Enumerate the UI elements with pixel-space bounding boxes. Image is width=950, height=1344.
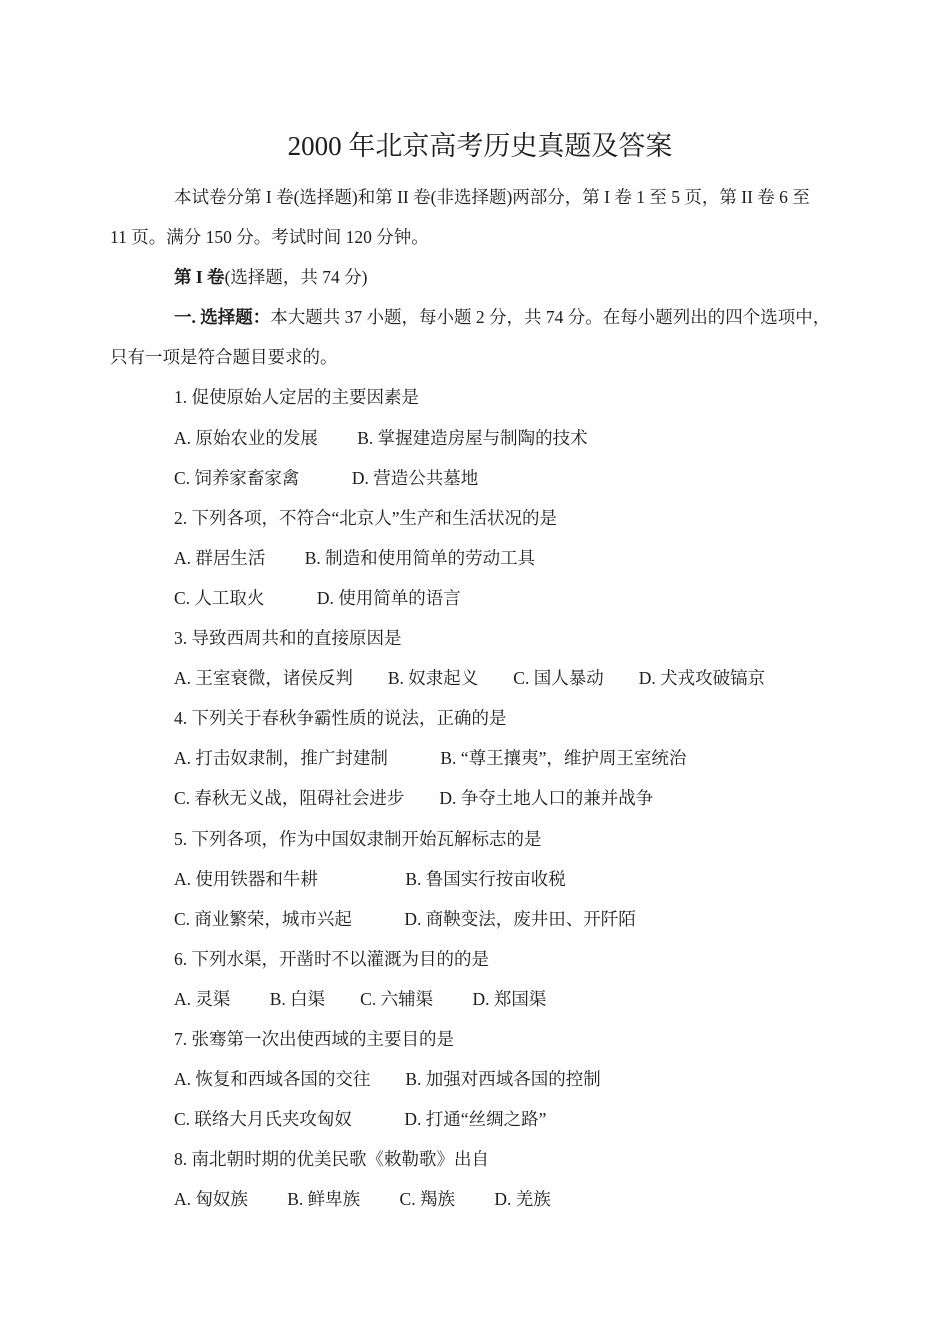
question-2-options-ab: A. 群居生活 B. 制造和使用简单的劳动工具 [110,538,850,578]
question-8: 8. 南北朝时期的优美民歌《敕勒歌》出自 [110,1139,850,1179]
intro-line-1: 本试卷分第 I 卷(选择题)和第 II 卷(非选择题)两部分，第 I 卷 1 至… [110,177,850,217]
question-3: 3. 导致西周共和的直接原因是 [110,618,850,658]
directions-line-1-bold-label: 一. 选择题： [174,307,270,327]
question-8-options-abcd: A. 匈奴族 B. 鲜卑族 C. 羯族 D. 羌族 [110,1179,850,1219]
section-heading-bold-label: 第 I 卷 [174,267,225,287]
question-7: 7. 张骞第一次出使西域的主要目的是 [110,1019,850,1059]
intro-line-2: 11 页。满分 150 分。考试时间 120 分钟。 [110,217,850,257]
question-3-options-abcd: A. 王室衰微，诸侯反判 B. 奴隶起义 C. 国人暴动 D. 犬戎攻破镐京 [110,658,850,698]
question-2-options-cd: C. 人工取火 D. 使用简单的语言 [110,578,850,618]
section-heading: 第 I 卷(选择题，共 74 分) [110,257,850,297]
document-body: 本试卷分第 I 卷(选择题)和第 II 卷(非选择题)两部分，第 I 卷 1 至… [110,177,850,1219]
question-4: 4. 下列关于春秋争霸性质的说法，正确的是 [110,698,850,738]
question-7-options-ab: A. 恢复和西域各国的交往 B. 加强对西域各国的控制 [110,1059,850,1099]
directions-line-2: 只有一项是符合题目要求的。 [110,337,850,377]
question-4-options-ab: A. 打击奴隶制，推广封建制 B. “尊王攘夷”，维护周王室统治 [110,738,850,778]
question-5-options-ab: A. 使用铁器和牛耕 B. 鲁国实行按亩收税 [110,859,850,899]
question-4-options-cd: C. 春秋无义战，阻碍社会进步 D. 争夺土地人口的兼并战争 [110,778,850,818]
question-1-options-ab: A. 原始农业的发展 B. 掌握建造房屋与制陶的技术 [110,418,850,458]
question-7-options-cd: C. 联络大月氏夹攻匈奴 D. 打通“丝绸之路” [110,1099,850,1139]
directions-line-1: 一. 选择题：本大题共 37 小题，每小题 2 分，共 74 分。在每小题列出的… [110,297,850,337]
question-1-options-cd: C. 饲养家畜家禽 D. 营造公共墓地 [110,458,850,498]
question-1: 1. 促使原始人定居的主要因素是 [110,377,850,417]
question-6-options-abcd: A. 灵渠 B. 白渠 C. 六辅渠 D. 郑国渠 [110,979,850,1019]
question-6: 6. 下列水渠，开凿时不以灌溉为目的的是 [110,939,850,979]
document-title: 2000 年北京高考历史真题及答案 [110,126,850,166]
exam-document-page: 2000 年北京高考历史真题及答案 本试卷分第 I 卷(选择题)和第 II 卷(… [0,0,950,1344]
question-2: 2. 下列各项，不符合“北京人”生产和生活状况的是 [110,498,850,538]
question-5: 5. 下列各项，作为中国奴隶制开始瓦解标志的是 [110,819,850,859]
question-5-options-cd: C. 商业繁荣，城市兴起 D. 商鞅变法，废井田、开阡陌 [110,899,850,939]
